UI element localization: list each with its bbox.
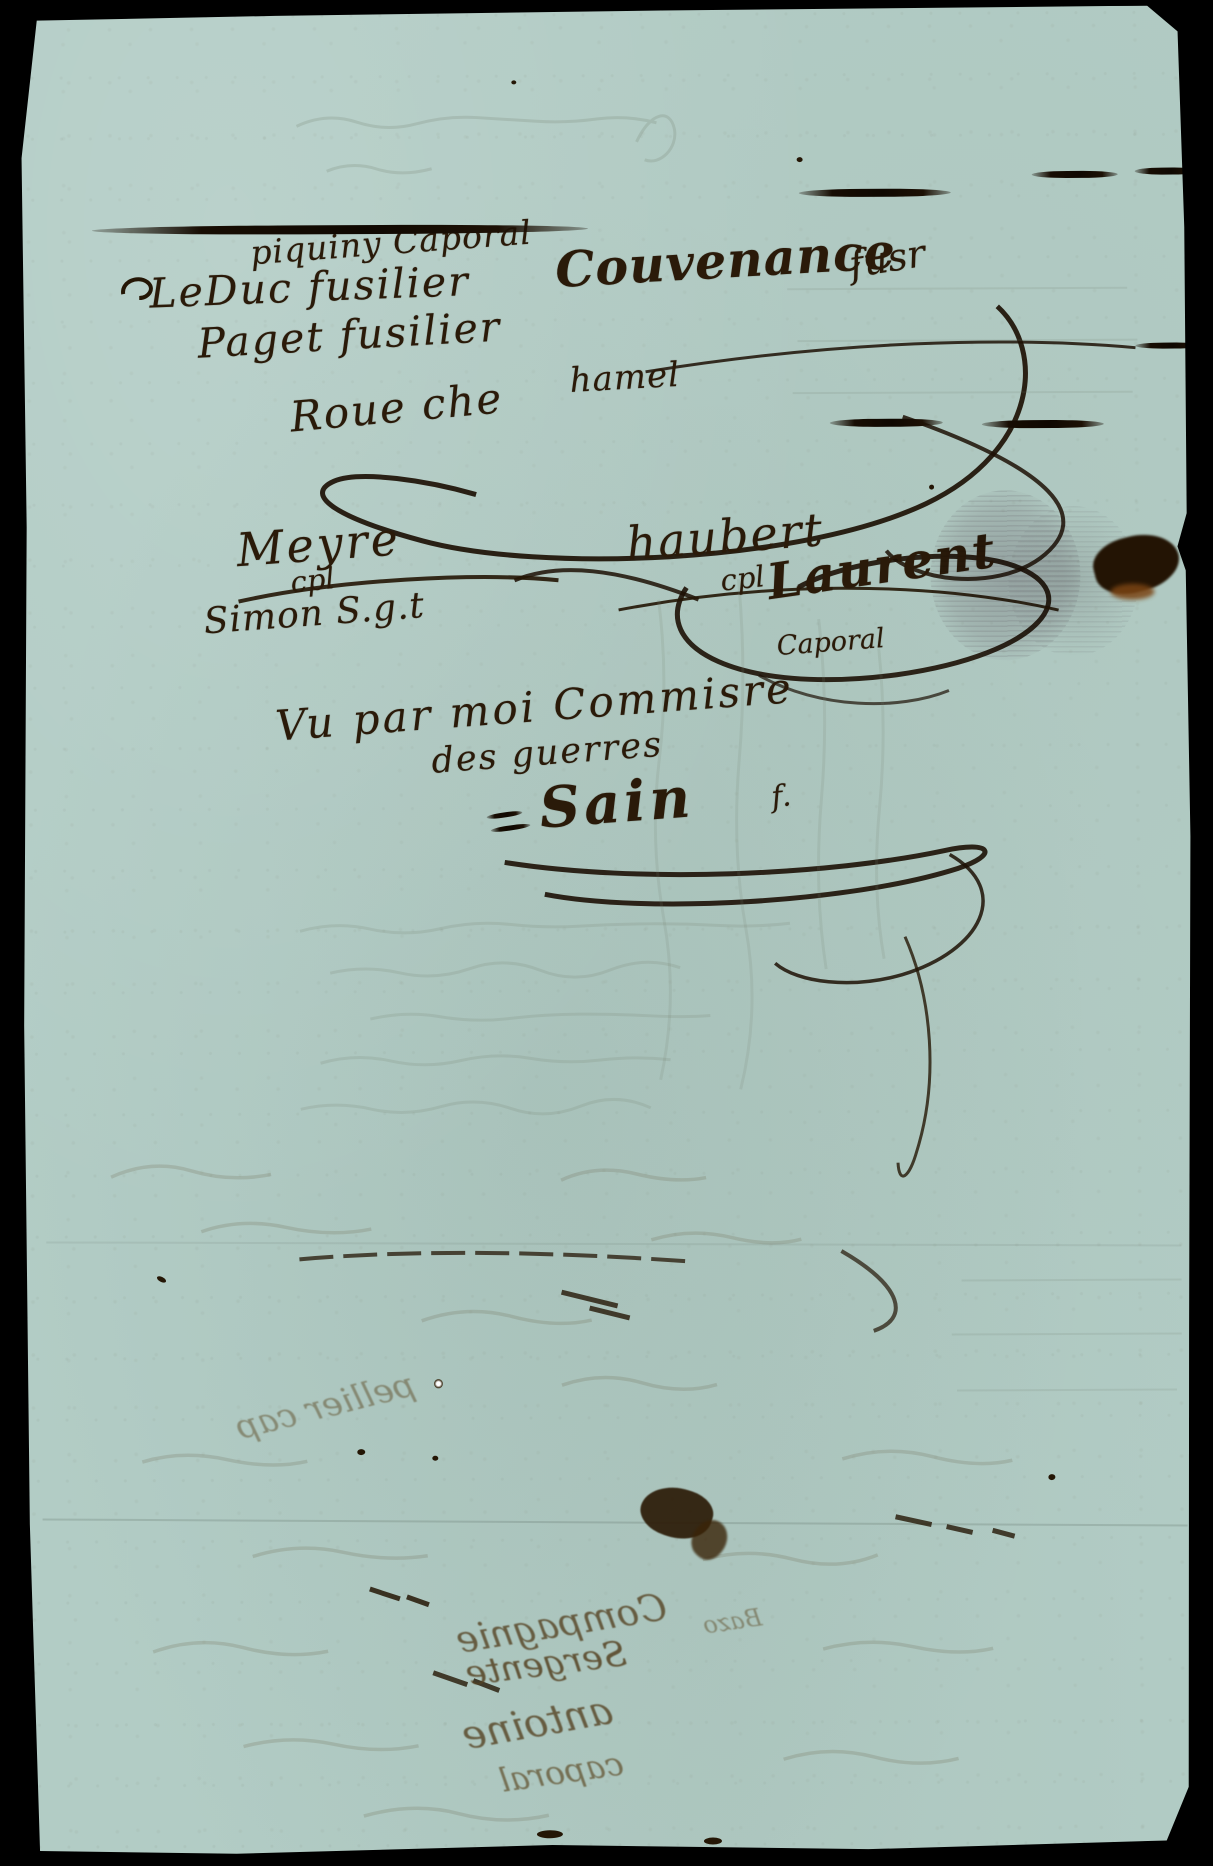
paper-pinhole — [434, 1379, 443, 1389]
inscription-couvenance: Couvenance — [554, 222, 898, 299]
paper-content: piquiny Caporal LeDuc fusilier Paget fus… — [0, 0, 1213, 1866]
inscription-sain-mark: f. — [770, 778, 793, 815]
sain-equal-mark-top — [486, 810, 522, 820]
ghost-ruling — [787, 288, 1182, 1392]
crossout-dash-right-row2-2 — [982, 420, 1104, 429]
inscription-sain: Sain — [537, 764, 696, 841]
inscription-hamel: hamel — [569, 355, 681, 401]
ink-speck — [929, 485, 934, 490]
bleedthrough-bazo: Bazo — [701, 1603, 763, 1639]
hamel-line-dash — [1135, 342, 1203, 348]
ink-speck — [156, 1275, 167, 1284]
right-pen-stroke — [897, 937, 930, 1176]
ink-speck — [511, 80, 516, 84]
sain-equal-mark-bottom — [490, 823, 530, 834]
ink-speck — [432, 1456, 438, 1461]
inscription-laurent-rank: Caporal — [776, 623, 886, 662]
ink-speck — [357, 1449, 365, 1455]
crossout-dash-mid-right — [799, 188, 951, 197]
bleedthrough-caporal: caporal — [497, 1743, 626, 1800]
ghost-title-squiggle — [296, 116, 675, 174]
inscription-simon: Simon S.g.t — [202, 585, 426, 642]
ink-speck — [797, 157, 803, 162]
scan-background: piquiny Caporal LeDuc fusilier Paget fus… — [0, 0, 1213, 1866]
bleedthrough-pellier: pellier cap — [232, 1364, 419, 1448]
ink-speck — [704, 1838, 722, 1845]
fold-lines — [41, 1237, 1187, 1530]
inscription-roueche: Roue che — [288, 373, 505, 441]
crossout-dash-top-right-2 — [1135, 167, 1201, 174]
ink-speck — [1048, 1474, 1055, 1480]
leduc-check-swirl — [123, 279, 151, 298]
crossout-dash-right-row2-1 — [830, 419, 943, 427]
ink-blot-right-edge-glow — [1110, 584, 1154, 600]
ghost-paragraph — [300, 922, 791, 1115]
ink-speck — [537, 1830, 563, 1838]
paper-sheet: piquiny Caporal LeDuc fusilier Paget fus… — [18, 5, 1196, 1856]
sain-underline — [505, 847, 986, 984]
inscription-haubert-paraph: cpl — [719, 559, 767, 598]
crossout-dash-top-right-1 — [1032, 171, 1118, 178]
